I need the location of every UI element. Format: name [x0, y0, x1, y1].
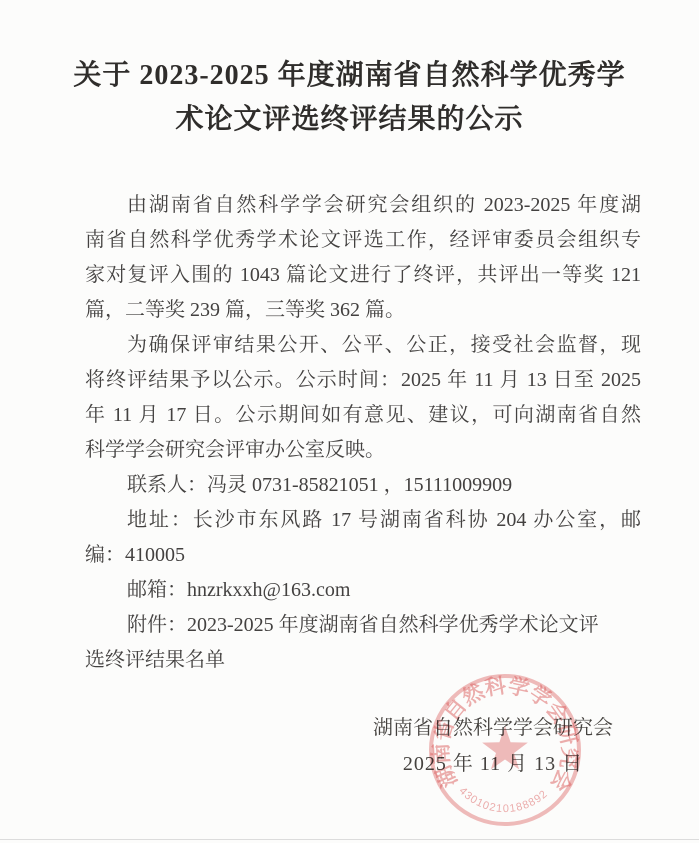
- scan-page-edge: [0, 839, 699, 840]
- signature-date: 2025 年 11 月 13 日: [373, 746, 613, 782]
- paragraph-1-line: 篇，二等奖 239 篇，三等奖 362 篇。: [85, 293, 641, 328]
- seal-serial-textpath: 43010210188892: [457, 785, 551, 815]
- attachment-line: 选终评结果名单: [85, 643, 641, 678]
- document-body: 由湖南省自然科学学会研究会组织的 2023-2025 年度湖 南省自然科学优秀学…: [85, 188, 641, 678]
- paragraph-2-line: 将终评结果予以公示。公示时间：2025 年 11 月 13 日至 2025: [85, 363, 641, 398]
- paragraph-1-line: 南省自然科学优秀学术论文评选工作，经评审委员会组织专: [85, 223, 641, 258]
- paragraph-1-line: 家对复评入围的 1043 篇论文进行了终评，共评出一等奖 121: [85, 258, 641, 293]
- paragraph-2-line: 科学学会研究会评审办公室反映。: [85, 433, 641, 468]
- email-line: 邮箱：hnzrkxxh@163.com: [85, 573, 641, 608]
- page-title: 关于 2023-2025 年度湖南省自然科学优秀学 术论文评选终评结果的公示: [0, 54, 699, 142]
- signature-org: 湖南省自然科学学会研究会: [373, 710, 613, 746]
- address-line: 地址：长沙市东风路 17 号湖南省科协 204 办公室，邮: [85, 503, 641, 538]
- paragraph-1-line: 由湖南省自然科学学会研究会组织的 2023-2025 年度湖: [85, 188, 641, 223]
- attachment-line: 附件：2023-2025 年度湖南省自然科学优秀学术论文评: [85, 608, 641, 643]
- page-title-line-1: 关于 2023-2025 年度湖南省自然科学优秀学: [0, 54, 699, 98]
- contact-line: 联系人：冯灵 0731-85821051 ，15111009909: [85, 468, 641, 503]
- paragraph-2-line: 年 11 月 17 日。公示期间如有意见、建议，可向湖南省自然: [85, 398, 641, 433]
- seal-serial-number: 43010210188892: [457, 785, 551, 815]
- page-title-line-2: 术论文评选终评结果的公示: [0, 98, 699, 142]
- scanned-notice-page: 关于 2023-2025 年度湖南省自然科学优秀学 术论文评选终评结果的公示 由…: [0, 0, 699, 843]
- signature-block: 湖南省自然科学学会研究会 2025 年 11 月 13 日: [373, 710, 613, 782]
- paragraph-2-line: 为确保评审结果公开、公平、公正，接受社会监督，现: [85, 328, 641, 363]
- address-line: 编：410005: [85, 538, 641, 573]
